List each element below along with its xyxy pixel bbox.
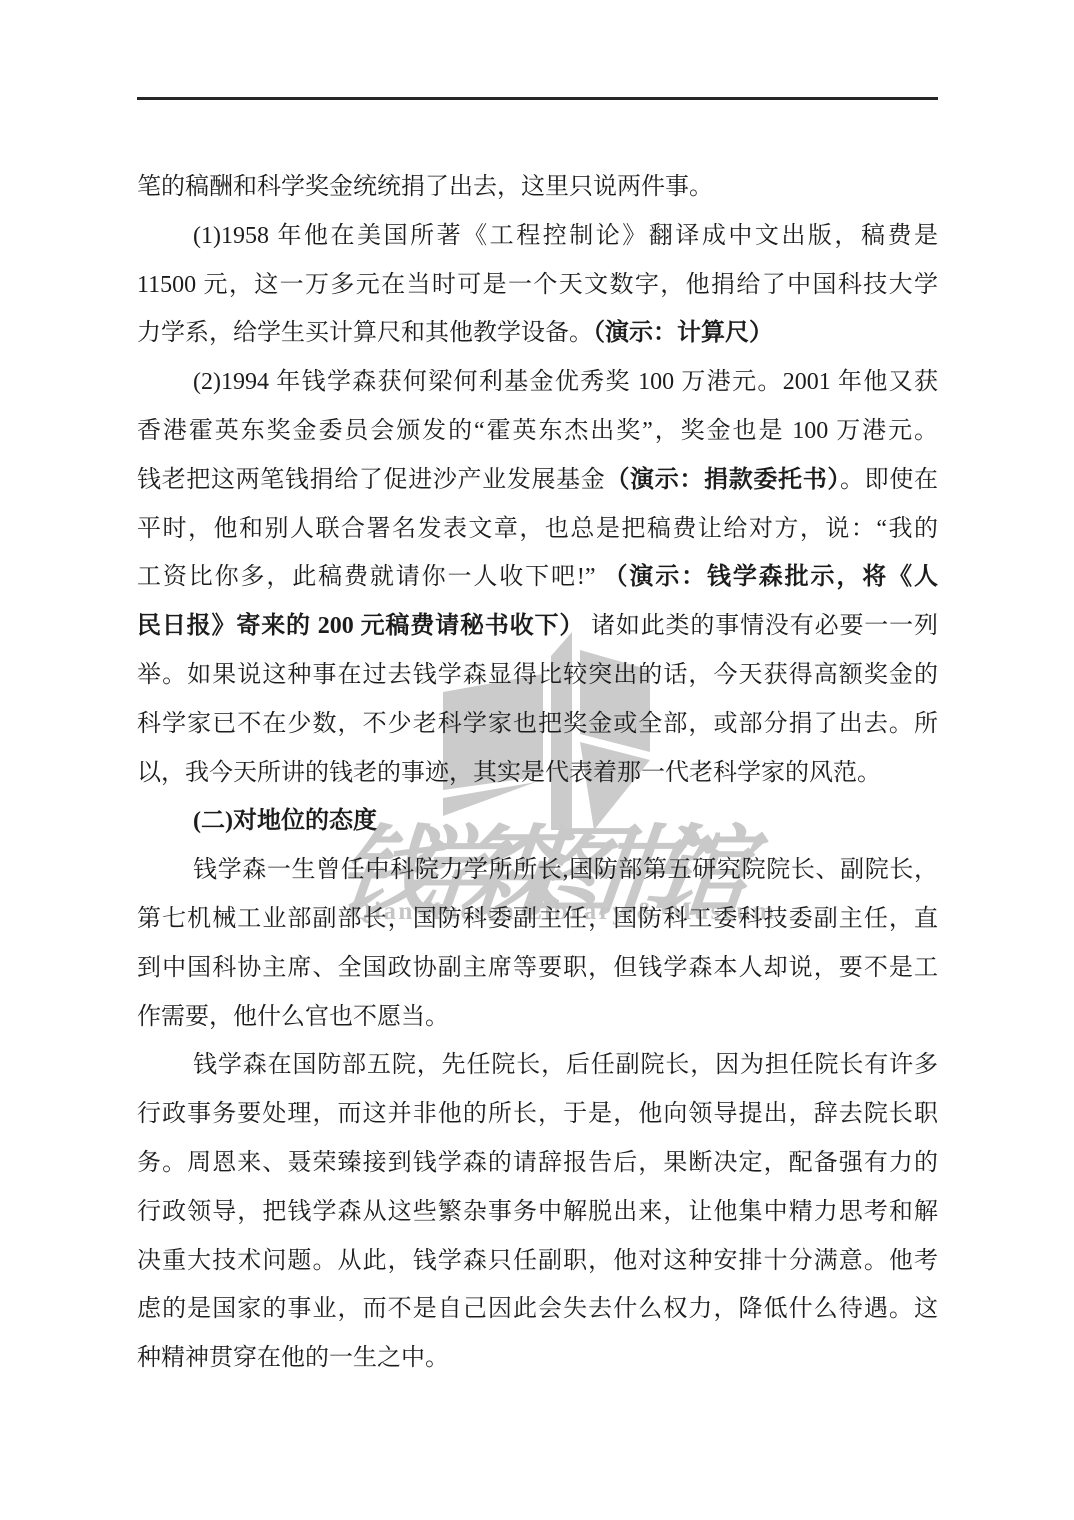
text-line: 行政领导，把钱学森从这些繁杂事务中解脱出来，让他集中精力思考和解 [137, 1188, 938, 1237]
text-segment: (2)1994 年钱学森获何梁何利基金优秀奖 100 万港元。2001 年他又获 [193, 369, 938, 395]
document-page: 钱学森图书馆 Qian Xuesen Library & Museum 笔的稿酬… [0, 0, 1074, 1520]
text-segment: 11500 元，这一万多元在当时可是一个天文数字，他捐给了中国科技大学 [137, 272, 938, 298]
text-line: 钱学森在国防部五院，先任院长，后任副院长，因为担任院长有许多 [137, 1041, 938, 1090]
text-line: 虑的是国家的事业，而不是自己因此会失去什么权力，降低什么待遇。这 [137, 1285, 938, 1334]
text-segment: 到中国科协主席、全国政协副主席等要职，但钱学森本人却说，要不是工 [137, 955, 938, 981]
text-line: 钱学森一生曾任中科院力学所所长,国防部第五研究院院长、副院长， [137, 846, 938, 895]
text-segment: 务。周恩来、聂荣臻接到钱学森的请辞报告后，果断决定，配备强有力的 [137, 1150, 938, 1176]
text-line: 力学系，给学生买计算尺和其他教学设备。（演示：计算尺） [137, 309, 938, 358]
text-line: 作需要，他什么官也不愿当。 [137, 993, 938, 1042]
text-segment: 笔的稿酬和科学奖金统统捐了出去，这里只说两件事。 [137, 174, 713, 200]
text-line: 钱老把这两笔钱捐给了促进沙产业发展基金（演示：捐款委托书）。即使在 [137, 456, 938, 505]
text-line: 第七机械工业部副部长，国防科委副主任，国防科工委科技委副主任，直 [137, 895, 938, 944]
text-line: 民日报》寄来的 200 元稿费请秘书收下） 诸如此类的事情没有必要一一列 [137, 602, 938, 651]
text-line: 11500 元，这一万多元在当时可是一个天文数字，他捐给了中国科技大学 [137, 261, 938, 310]
text-segment: 以，我今天所讲的钱老的事迹，其实是代表着那一代老科学家的风范。 [137, 760, 881, 786]
document-text-block: 笔的稿酬和科学奖金统统捐了出去，这里只说两件事。(1)1958 年他在美国所著《… [137, 163, 938, 1383]
text-segment: 钱老把这两笔钱捐给了促进沙产业发展基金 [137, 467, 605, 493]
text-segment: 决重大技术问题。从此，钱学森只任副职，他对这种安排十分满意。他考 [137, 1248, 938, 1274]
text-line: 决重大技术问题。从此，钱学森只任副职，他对这种安排十分满意。他考 [137, 1237, 938, 1286]
text-segment: 虑的是国家的事业，而不是自己因此会失去什么权力，降低什么待遇。这 [137, 1296, 938, 1322]
text-segment: 科学家已不在少数，不少老科学家也把奖金或全部，或部分捐了出去。所 [137, 711, 938, 737]
text-segment: 第七机械工业部副部长，国防科委副主任，国防科工委科技委副主任，直 [137, 906, 938, 932]
text-line: 务。周恩来、聂荣臻接到钱学森的请辞报告后，果断决定，配备强有力的 [137, 1139, 938, 1188]
bold-text-segment: 民日报》寄来的 200 元稿费请秘书收下） [137, 613, 591, 639]
text-segment: 行政事务要处理，而这并非他的所长，于是，他向领导提出，辞去院长职 [137, 1101, 938, 1127]
text-line: 平时，他和别人联合署名发表文章，也总是把稿费让给对方，说：“我的 [137, 505, 938, 554]
text-segment: 工资比你多，此稿费就请你一人收下吧!” [137, 564, 603, 590]
text-segment: 钱学森一生曾任中科院力学所所长,国防部第五研究院院长、副院长， [193, 857, 938, 883]
text-line: 行政事务要处理，而这并非他的所长，于是，他向领导提出，辞去院长职 [137, 1090, 938, 1139]
text-segment: 诸如此类的事情没有必要一一列 [591, 613, 938, 639]
text-segment: 。即使在 [840, 467, 938, 493]
text-line: 以，我今天所讲的钱老的事迹，其实是代表着那一代老科学家的风范。 [137, 749, 938, 798]
text-line: 举。如果说这种事在过去钱学森显得比较突出的话，今天获得高额奖金的 [137, 651, 938, 700]
text-line: 种精神贯穿在他的一生之中。 [137, 1334, 938, 1383]
text-line: 笔的稿酬和科学奖金统统捐了出去，这里只说两件事。 [137, 163, 938, 212]
text-segment: 力学系，给学生买计算尺和其他教学设备。 [137, 320, 593, 346]
text-line: 到中国科协主席、全国政协副主席等要职，但钱学森本人却说，要不是工 [137, 944, 938, 993]
text-segment: 举。如果说这种事在过去钱学森显得比较突出的话，今天获得高额奖金的 [137, 662, 938, 688]
bold-text-segment: （演示：计算尺） [593, 320, 773, 346]
text-segment: 香港霍英东奖金委员会颁发的“霍英东杰出奖”，奖金也是 100 万港元。 [137, 418, 938, 444]
text-segment: (1)1958 年他在美国所著《工程控制论》翻译成中文出版，稿费是 [193, 223, 938, 249]
text-segment: 作需要，他什么官也不愿当。 [137, 1004, 449, 1030]
text-line: 香港霍英东奖金委员会颁发的“霍英东杰出奖”，奖金也是 100 万港元。 [137, 407, 938, 456]
bold-text-segment: （演示：钱学森批示，将《人 [603, 564, 938, 590]
bold-text-segment: （演示：捐款委托书） [605, 467, 840, 493]
text-line: 工资比你多，此稿费就请你一人收下吧!” （演示：钱学森批示，将《人 [137, 553, 938, 602]
header-rule [137, 97, 938, 100]
bold-text-segment: (二)对地位的态度 [193, 808, 377, 834]
text-line: (2)1994 年钱学森获何梁何利基金优秀奖 100 万港元。2001 年他又获 [137, 358, 938, 407]
text-line: 科学家已不在少数，不少老科学家也把奖金或全部，或部分捐了出去。所 [137, 700, 938, 749]
text-segment: 钱学森在国防部五院，先任院长，后任副院长，因为担任院长有许多 [193, 1052, 938, 1078]
text-segment: 种精神贯穿在他的一生之中。 [137, 1345, 449, 1371]
text-line: (1)1958 年他在美国所著《工程控制论》翻译成中文出版，稿费是 [137, 212, 938, 261]
text-line: (二)对地位的态度 [137, 797, 938, 846]
text-segment: 平时，他和别人联合署名发表文章，也总是把稿费让给对方，说：“我的 [137, 516, 938, 542]
text-segment: 行政领导，把钱学森从这些繁杂事务中解脱出来，让他集中精力思考和解 [137, 1199, 938, 1225]
